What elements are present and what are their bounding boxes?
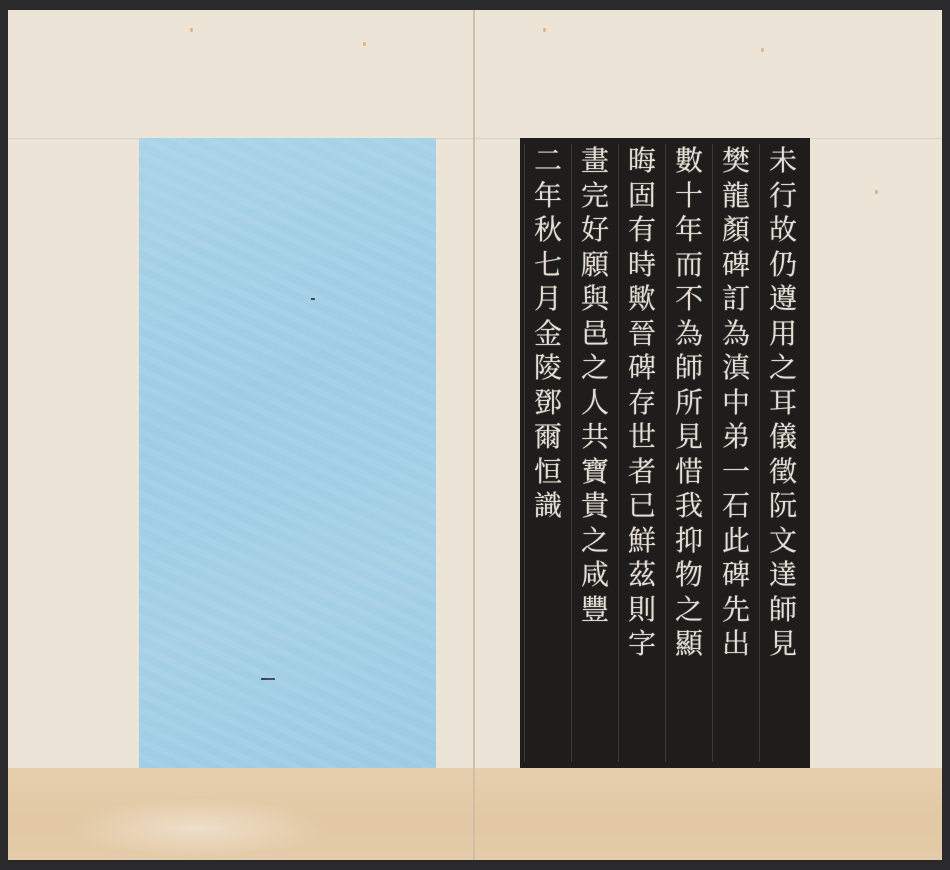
inscription-character: 訂: [722, 282, 750, 317]
inscription-character: 之: [769, 351, 797, 386]
inscription-character: 邑: [581, 317, 609, 352]
inscription-character: 物: [675, 558, 703, 593]
foxing-spot: [190, 28, 193, 32]
inscription-character: 惜: [675, 455, 703, 490]
inscription-column: 二年秋七月金陵鄧爾恒識: [524, 144, 571, 762]
inscription-character: 龍: [722, 179, 750, 214]
inscription-character: 願: [581, 248, 609, 283]
inscription-character: 豐: [581, 593, 609, 628]
inscription-character: 固: [628, 179, 656, 214]
inscription-character: 人: [581, 386, 609, 421]
inscription-character: 之: [581, 524, 609, 559]
water-stain: [475, 768, 942, 860]
inscription-character: 世: [628, 420, 656, 455]
inscription-character: 為: [675, 317, 703, 352]
inscription-character: 故: [769, 213, 797, 248]
inscription-character: 中: [722, 386, 750, 421]
inscription-character: 晉: [628, 317, 656, 352]
inscription-character: 樊: [722, 144, 750, 179]
inscription-character: 先: [722, 593, 750, 628]
inscription-character: 歟: [628, 282, 656, 317]
inscription-character: 師: [675, 351, 703, 386]
foxing-spot: [761, 48, 764, 52]
blue-paper-panel: [139, 138, 436, 774]
inscription-character: 之: [675, 593, 703, 628]
inscription-character: 石: [722, 489, 750, 524]
inscription-character: 恒: [534, 455, 562, 490]
inscription-character: 已: [628, 489, 656, 524]
inscription-character: 文: [769, 524, 797, 559]
inscription-character: 師: [769, 593, 797, 628]
inscription-character: 爾: [534, 420, 562, 455]
water-stain: [8, 768, 473, 860]
inscription-character: 者: [628, 455, 656, 490]
inscription-column: 畫完好願與邑之人共寶貴之咸豐: [571, 144, 618, 762]
inscription-character: 識: [534, 489, 562, 524]
inscription-character: 鮮: [628, 524, 656, 559]
inscription-character: 我: [675, 489, 703, 524]
inscription-column: 數十年而不為師所見惜我抑物之顯: [665, 144, 712, 762]
inscription-character: 晦: [628, 144, 656, 179]
inscription-character: 與: [581, 282, 609, 317]
inscription-character: 達: [769, 558, 797, 593]
inscription-character: 年: [675, 213, 703, 248]
inscription-character: 咸: [581, 558, 609, 593]
inscription-character: 仍: [769, 248, 797, 283]
inscription-character: 抑: [675, 524, 703, 559]
inscription-character: 字: [628, 627, 656, 662]
inscription-character: 數: [675, 144, 703, 179]
inscription-character: 七: [534, 248, 562, 283]
inscription-character: 月: [534, 282, 562, 317]
inscription-character: 十: [675, 179, 703, 214]
inscription-character: 碑: [628, 351, 656, 386]
inscription-character: 顯: [675, 627, 703, 662]
foxing-spot: [875, 190, 878, 194]
foxing-spot: [543, 28, 546, 32]
inscription-column: 晦固有時歟晉碑存世者已鮮茲則字: [618, 144, 665, 762]
inscription-character: 貴: [581, 489, 609, 524]
inscription-character: 儀: [769, 420, 797, 455]
inscription-character: 時: [628, 248, 656, 283]
stone-rubbing-inscription: 未行故仍遵用之耳儀徵阮文達師見 樊龍顏碑訂為滇中弟一石此碑先出 數十年而不為師所…: [520, 138, 810, 768]
inscription-character: 陵: [534, 351, 562, 386]
inscription-character: 存: [628, 386, 656, 421]
open-album: 未行故仍遵用之耳儀徵阮文達師見 樊龍顏碑訂為滇中弟一石此碑先出 數十年而不為師所…: [8, 10, 942, 860]
inscription-character: 弟: [722, 420, 750, 455]
inscription-character: 年: [534, 179, 562, 214]
inscription-character: 碑: [722, 248, 750, 283]
inscription-character: 此: [722, 524, 750, 559]
inscription-character: 為: [722, 317, 750, 352]
inscription-character: 徵: [769, 455, 797, 490]
inscription-character: 秋: [534, 213, 562, 248]
inscription-character: 用: [769, 317, 797, 352]
inscription-character: 而: [675, 248, 703, 283]
inscription-character: 好: [581, 213, 609, 248]
foxing-spot: [363, 42, 366, 46]
inscription-character: 顏: [722, 213, 750, 248]
speck: [261, 678, 275, 680]
inscription-character: 金: [534, 317, 562, 352]
inscription-character: 茲: [628, 558, 656, 593]
inscription-character: 則: [628, 593, 656, 628]
inscription-character: 滇: [722, 351, 750, 386]
inscription-character: 一: [722, 455, 750, 490]
right-page: 未行故仍遵用之耳儀徵阮文達師見 樊龍顏碑訂為滇中弟一石此碑先出 數十年而不為師所…: [475, 10, 942, 860]
inscription-character: 行: [769, 179, 797, 214]
inscription-character: 鄧: [534, 386, 562, 421]
inscription-character: 碑: [722, 558, 750, 593]
inscription-character: 畫: [581, 144, 609, 179]
inscription-character: 見: [675, 420, 703, 455]
inscription-character: 之: [581, 351, 609, 386]
left-page: [8, 10, 473, 860]
inscription-column: 未行故仍遵用之耳儀徵阮文達師見: [759, 144, 806, 762]
inscription-character: 見: [769, 627, 797, 662]
inscription-character: 阮: [769, 489, 797, 524]
inscription-character: 完: [581, 179, 609, 214]
inscription-character: 寶: [581, 455, 609, 490]
inscription-character: 有: [628, 213, 656, 248]
inscription-character: 出: [722, 627, 750, 662]
inscription-character: 所: [675, 386, 703, 421]
inscription-column: 樊龍顏碑訂為滇中弟一石此碑先出: [712, 144, 759, 762]
inscription-character: 遵: [769, 282, 797, 317]
inscription-character: 共: [581, 420, 609, 455]
inscription-character: 未: [769, 144, 797, 179]
inscription-character: 耳: [769, 386, 797, 421]
inscription-character: 不: [675, 282, 703, 317]
speck: [311, 298, 315, 300]
inscription-character: 二: [534, 144, 562, 179]
